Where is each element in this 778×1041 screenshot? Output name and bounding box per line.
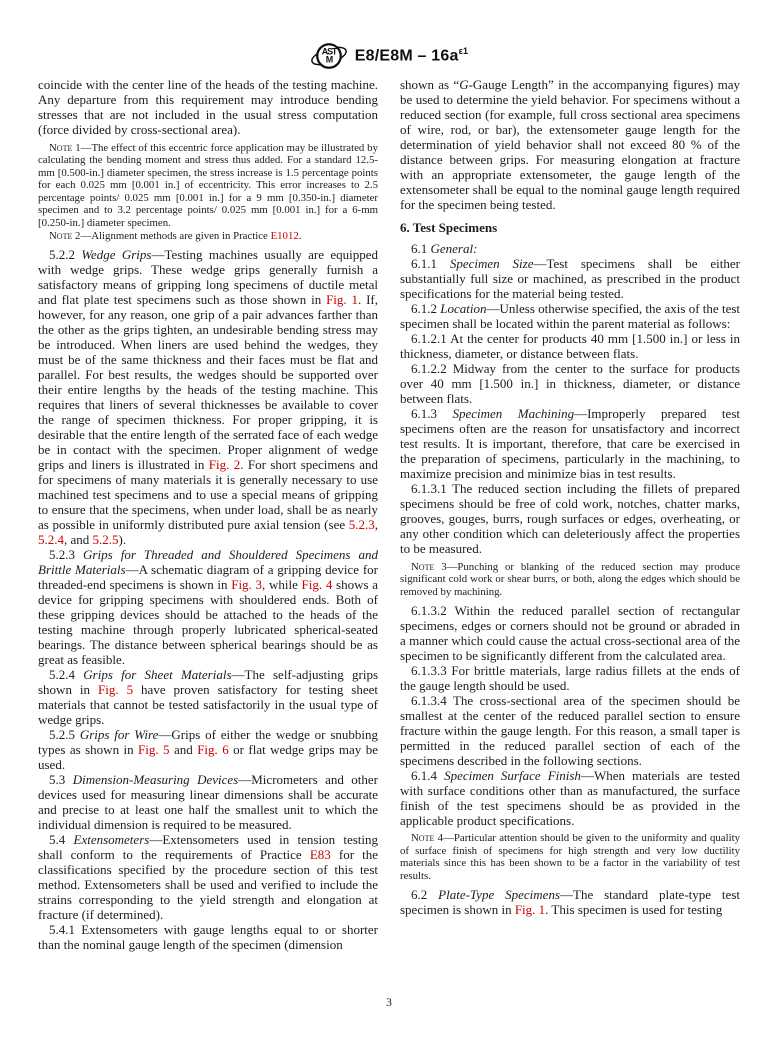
- astm-logo-icon: AST M: [310, 40, 348, 72]
- designation-superscript: ε1: [459, 46, 469, 56]
- text-segment: 6.1.1: [411, 256, 450, 271]
- text-segment: 6.1.3.2 Within the reduced parallel sect…: [400, 603, 740, 663]
- page-header: AST M E8/E8M – 16aε1: [0, 0, 778, 72]
- body-paragraph: 6.1.3.3 For brittle materials, large rad…: [400, 663, 740, 693]
- text-segment: .: [299, 230, 302, 242]
- text-segment: Location: [440, 301, 486, 316]
- body-paragraph: shown as “G-Gauge Length” in the accompa…: [400, 77, 740, 212]
- text-segment: Specimen Machining: [452, 406, 574, 421]
- note-paragraph: Note 2—Alignment methods are given in Pr…: [38, 230, 378, 243]
- text-segment: 6.2: [411, 887, 438, 902]
- text-segment: Alignment methods are given in Practice: [91, 230, 270, 242]
- text-segment: 6.1.2.1 At the center for products 40 mm…: [400, 331, 740, 361]
- body-paragraph: coincide with the center line of the hea…: [38, 77, 378, 137]
- body-paragraph: 6.1.3.2 Within the reduced parallel sect…: [400, 603, 740, 663]
- body-paragraph: 6.1.4 Specimen Surface Finish—When mater…: [400, 768, 740, 828]
- text-segment: , while: [262, 577, 302, 592]
- body-paragraph: 6.1.2.2 Midway from the center to the su…: [400, 361, 740, 406]
- text-segment: -Gauge Length” in the accompanying figur…: [400, 77, 740, 212]
- body-paragraph: 6.2 Plate-Type Specimens—The standard pl…: [400, 887, 740, 917]
- text-segment: and: [170, 742, 198, 757]
- body-paragraph: 5.2.3 Grips for Threaded and Shouldered …: [38, 547, 378, 667]
- text-segment: 6.1.4: [411, 768, 444, 783]
- text-segment: Grips for Sheet Materials: [83, 667, 231, 682]
- text-segment: 6.1.3.1 The reduced section including th…: [400, 481, 740, 556]
- page-number: 3: [386, 997, 392, 1009]
- body-paragraph: 5.4 Extensometers—Extensometers used in …: [38, 832, 378, 922]
- text-segment: 5.2.4: [49, 667, 83, 682]
- cross-reference-link[interactable]: Fig. 6: [197, 742, 229, 757]
- body-paragraph: 5.4.1 Extensometers with gauge lengths e…: [38, 922, 378, 952]
- text-segment: General:: [431, 241, 478, 256]
- document-page: AST M E8/E8M – 16aε1 coincide with the c…: [0, 0, 778, 1041]
- text-segment: G: [459, 77, 468, 92]
- cross-reference-link[interactable]: Fig. 1: [326, 292, 358, 307]
- text-segment: shown as “: [400, 77, 459, 92]
- body-paragraph: 6.1.1 Specimen Size—Test specimens shall…: [400, 256, 740, 301]
- designation-text: E8/E8M – 16a: [355, 48, 459, 65]
- text-segment: Dimension-Measuring Devices: [73, 772, 239, 787]
- cross-reference-link[interactable]: Fig. 2: [209, 457, 240, 472]
- cross-reference-link[interactable]: 5.2.4: [38, 532, 64, 547]
- text-segment: Specimen Surface Finish: [444, 768, 581, 783]
- page-footer: 3: [0, 997, 778, 1009]
- body-paragraph: 6.1.2 Location—Unless otherwise specifie…: [400, 301, 740, 331]
- cross-reference-link[interactable]: 5.2.3: [349, 517, 375, 532]
- text-segment: 5.4.1 Extensometers with gauge lengths e…: [38, 922, 378, 952]
- text-segment: coincide with the center line of the hea…: [38, 77, 378, 137]
- text-segment: 6.1.3: [411, 406, 452, 421]
- text-segment: ,: [375, 517, 378, 532]
- body-paragraph: 5.2.4 Grips for Sheet Materials—The self…: [38, 667, 378, 727]
- standard-designation: E8/E8M – 16aε1: [355, 46, 469, 65]
- text-segment: 6. Test Specimens: [400, 220, 497, 235]
- text-segment: Note 3—: [411, 561, 457, 573]
- two-column-body: coincide with the center line of the hea…: [0, 77, 778, 982]
- cross-reference-link[interactable]: Fig. 1: [515, 902, 545, 917]
- cross-reference-link[interactable]: E83: [310, 847, 331, 862]
- text-segment: 6.1.3.3 For brittle materials, large rad…: [400, 663, 740, 693]
- section-heading: 6. Test Specimens: [400, 220, 740, 235]
- text-segment: 6.1.2.2 Midway from the center to the su…: [400, 361, 740, 406]
- note-paragraph: Note 3—Punching or blanking of the reduc…: [400, 561, 740, 599]
- text-segment: ).: [119, 532, 127, 547]
- text-segment: 5.2.2: [49, 247, 81, 262]
- cross-reference-link[interactable]: Fig. 4: [302, 577, 333, 592]
- text-segment: Wedge Grips: [81, 247, 151, 262]
- body-paragraph: 6.1.3 Specimen Machining—Improperly prep…: [400, 406, 740, 481]
- body-paragraph: 5.2.2 Wedge Grips—Testing machines usual…: [38, 247, 378, 547]
- text-segment: 5.4: [49, 832, 74, 847]
- svg-text:M: M: [325, 55, 332, 65]
- text-segment: Note 2—: [49, 230, 91, 242]
- body-paragraph: 6.1.3.1 The reduced section including th…: [400, 481, 740, 556]
- text-segment: , and: [64, 532, 93, 547]
- text-segment: 6.1.3.4 The cross-sectional area of the …: [400, 693, 740, 768]
- body-paragraph: 6.1 General:: [400, 241, 740, 256]
- body-paragraph: 5.2.5 Grips for Wire—Grips of either the…: [38, 727, 378, 772]
- text-segment: The effect of this eccentric force appli…: [38, 142, 378, 230]
- body-paragraph: 6.1.2.1 At the center for products 40 mm…: [400, 331, 740, 361]
- text-segment: . If, however, for any reason, one grip …: [38, 292, 378, 472]
- right-column: shown as “G-Gauge Length” in the accompa…: [400, 77, 740, 982]
- text-segment: 5.2.3: [49, 547, 83, 562]
- note-paragraph: Note 4—Particular attention should be gi…: [400, 832, 740, 882]
- text-segment: 5.2.5: [49, 727, 80, 742]
- cross-reference-link[interactable]: Fig. 5: [138, 742, 170, 757]
- cross-reference-link[interactable]: Fig. 5: [98, 682, 133, 697]
- text-segment: Note 1—: [49, 142, 91, 154]
- text-segment: 5.3: [49, 772, 73, 787]
- cross-reference-link[interactable]: Fig. 3: [231, 577, 262, 592]
- text-segment: Plate-Type Specimens: [438, 887, 560, 902]
- text-segment: Note 4—: [411, 832, 454, 844]
- cross-reference-link[interactable]: 5.2.5: [93, 532, 119, 547]
- body-paragraph: 5.3 Dimension-Measuring Devices—Micromet…: [38, 772, 378, 832]
- left-column: coincide with the center line of the hea…: [38, 77, 378, 982]
- text-segment: Grips for Wire: [80, 727, 159, 742]
- note-paragraph: Note 1—The effect of this eccentric forc…: [38, 142, 378, 230]
- text-segment: 6.1.2: [411, 301, 440, 316]
- text-segment: Specimen Size: [450, 256, 534, 271]
- text-segment: . This specimen is used for testing: [545, 902, 722, 917]
- text-segment: 6.1: [411, 241, 431, 256]
- text-segment: Extensometers: [74, 832, 150, 847]
- cross-reference-link[interactable]: E1012: [271, 230, 299, 242]
- body-paragraph: 6.1.3.4 The cross-sectional area of the …: [400, 693, 740, 768]
